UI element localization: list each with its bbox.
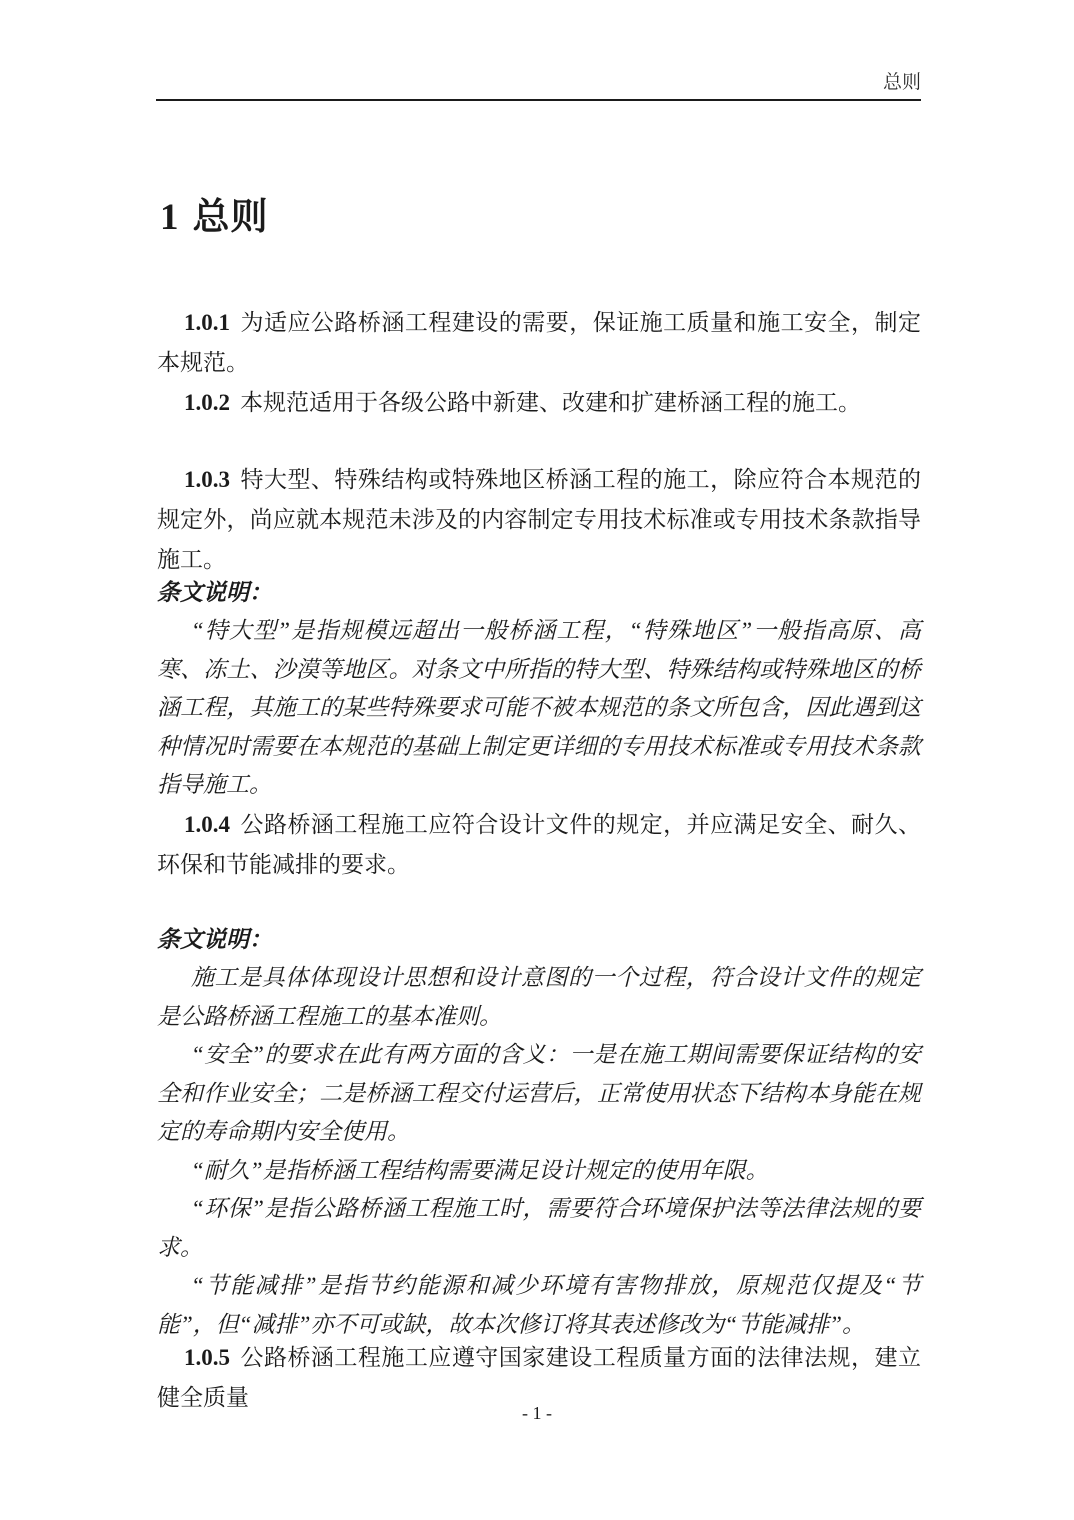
commentary-label: 条文说明：: [157, 574, 921, 612]
clause-1-0-4: 1.0.4公路桥涵工程施工应符合设计文件的规定，并应满足安全、耐久、环保和节能减…: [157, 805, 921, 885]
chapter-number: 1: [160, 197, 180, 238]
commentary-block-2: 条文说明： 施工是具体体现设计思想和设计意图的一个过程，符合设计文件的规定是公路…: [157, 921, 921, 1344]
commentary-paragraph: “安全”的要求在此有两方面的含义：一是在施工期间需要保证结构的安全和作业安全；二…: [157, 1036, 921, 1152]
clause-text: 为适应公路桥涵工程建设的需要，保证施工质量和施工安全，制定本规范。: [157, 310, 921, 375]
commentary-paragraph: “环保”是指公路桥涵工程施工时，需要符合环境保护法等法律法规的要求。: [157, 1190, 921, 1267]
clause-number: 1.0.1: [184, 310, 230, 335]
clause-text: 公路桥涵工程施工应符合设计文件的规定，并应满足安全、耐久、环保和节能减排的要求。: [157, 812, 921, 877]
clause-number: 1.0.4: [184, 812, 230, 837]
clause-number: 1.0.5: [184, 1345, 230, 1370]
page-number: - 1 -: [522, 1403, 552, 1423]
clause-text: 特大型、特殊结构或特殊地区桥涵工程的施工，除应符合本规范的规定外，尚应就本规范未…: [157, 467, 921, 572]
chapter-heading: 1总则: [160, 194, 269, 242]
chapter-title: 总则: [193, 197, 269, 238]
clause-text: 本规范适用于各级公路中新建、改建和扩建桥涵工程的施工。: [240, 390, 861, 415]
document-page: 总则 1总则 1.0.1为适应公路桥涵工程建设的需要，保证施工质量和施工安全，制…: [0, 0, 1074, 1520]
page-footer: - 1 -: [0, 1401, 1074, 1425]
commentary-block-1: 条文说明： “特大型”是指规模远超出一般桥涵工程，“特殊地区”一般指高原、高寒、…: [157, 574, 921, 805]
clause-number: 1.0.2: [184, 390, 230, 415]
commentary-paragraph: “节能减排”是指节约能源和减少环境有害物排放，原规范仅提及“节能”，但“减排”亦…: [157, 1267, 921, 1344]
commentary-paragraph: “耐久”是指桥涵工程结构需要满足设计规定的使用年限。: [157, 1152, 921, 1191]
clause-number: 1.0.3: [184, 467, 230, 492]
commentary-paragraph: 施工是具体体现设计思想和设计意图的一个过程，符合设计文件的规定是公路桥涵工程施工…: [157, 959, 921, 1036]
header-rule: [156, 99, 921, 101]
clause-1-0-1: 1.0.1为适应公路桥涵工程建设的需要，保证施工质量和施工安全，制定本规范。: [157, 303, 921, 383]
commentary-paragraph: “特大型”是指规模远超出一般桥涵工程，“特殊地区”一般指高原、高寒、冻土、沙漠等…: [157, 612, 921, 805]
commentary-label: 条文说明：: [157, 921, 921, 959]
clause-1-0-2: 1.0.2本规范适用于各级公路中新建、改建和扩建桥涵工程的施工。: [157, 383, 921, 423]
clause-1-0-3: 1.0.3特大型、特殊结构或特殊地区桥涵工程的施工，除应符合本规范的规定外，尚应…: [157, 460, 921, 580]
running-header-title: 总则: [157, 70, 921, 96]
